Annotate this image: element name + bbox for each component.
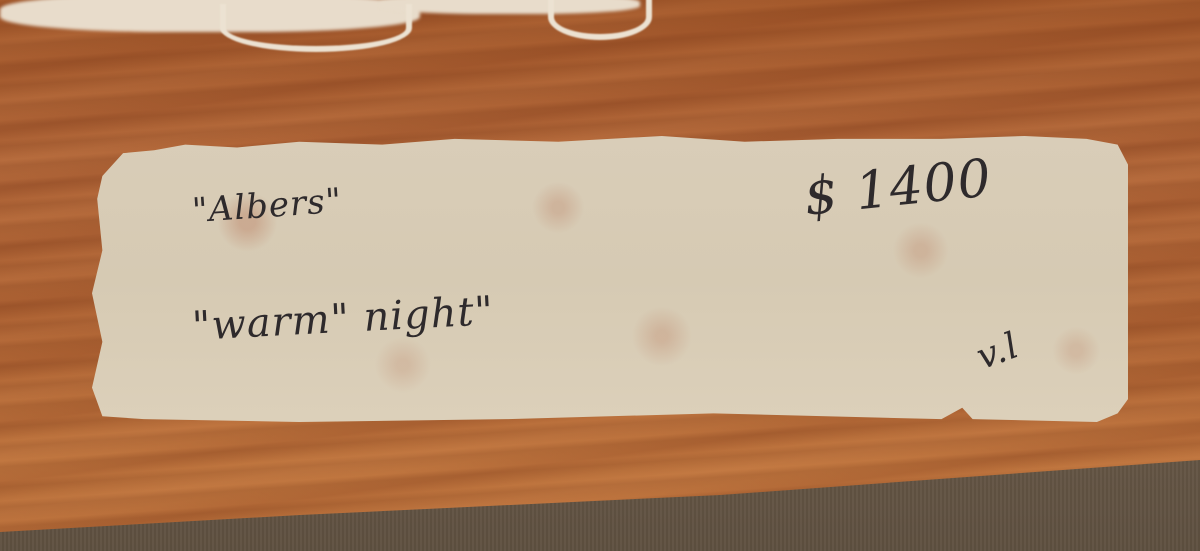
yarn-fibers [0,0,660,44]
paper-label: "Albers" $ 1400 "warm" night" v.l [92,136,1128,422]
corner-mark-text: v.l [971,325,1025,378]
photo-scene: "Albers" $ 1400 "warm" night" v.l [0,0,1200,551]
artwork-title-text: "warm" night" [191,288,495,350]
artist-name-text: "Albers" [191,181,344,231]
price-text: $ 1400 [801,148,994,227]
